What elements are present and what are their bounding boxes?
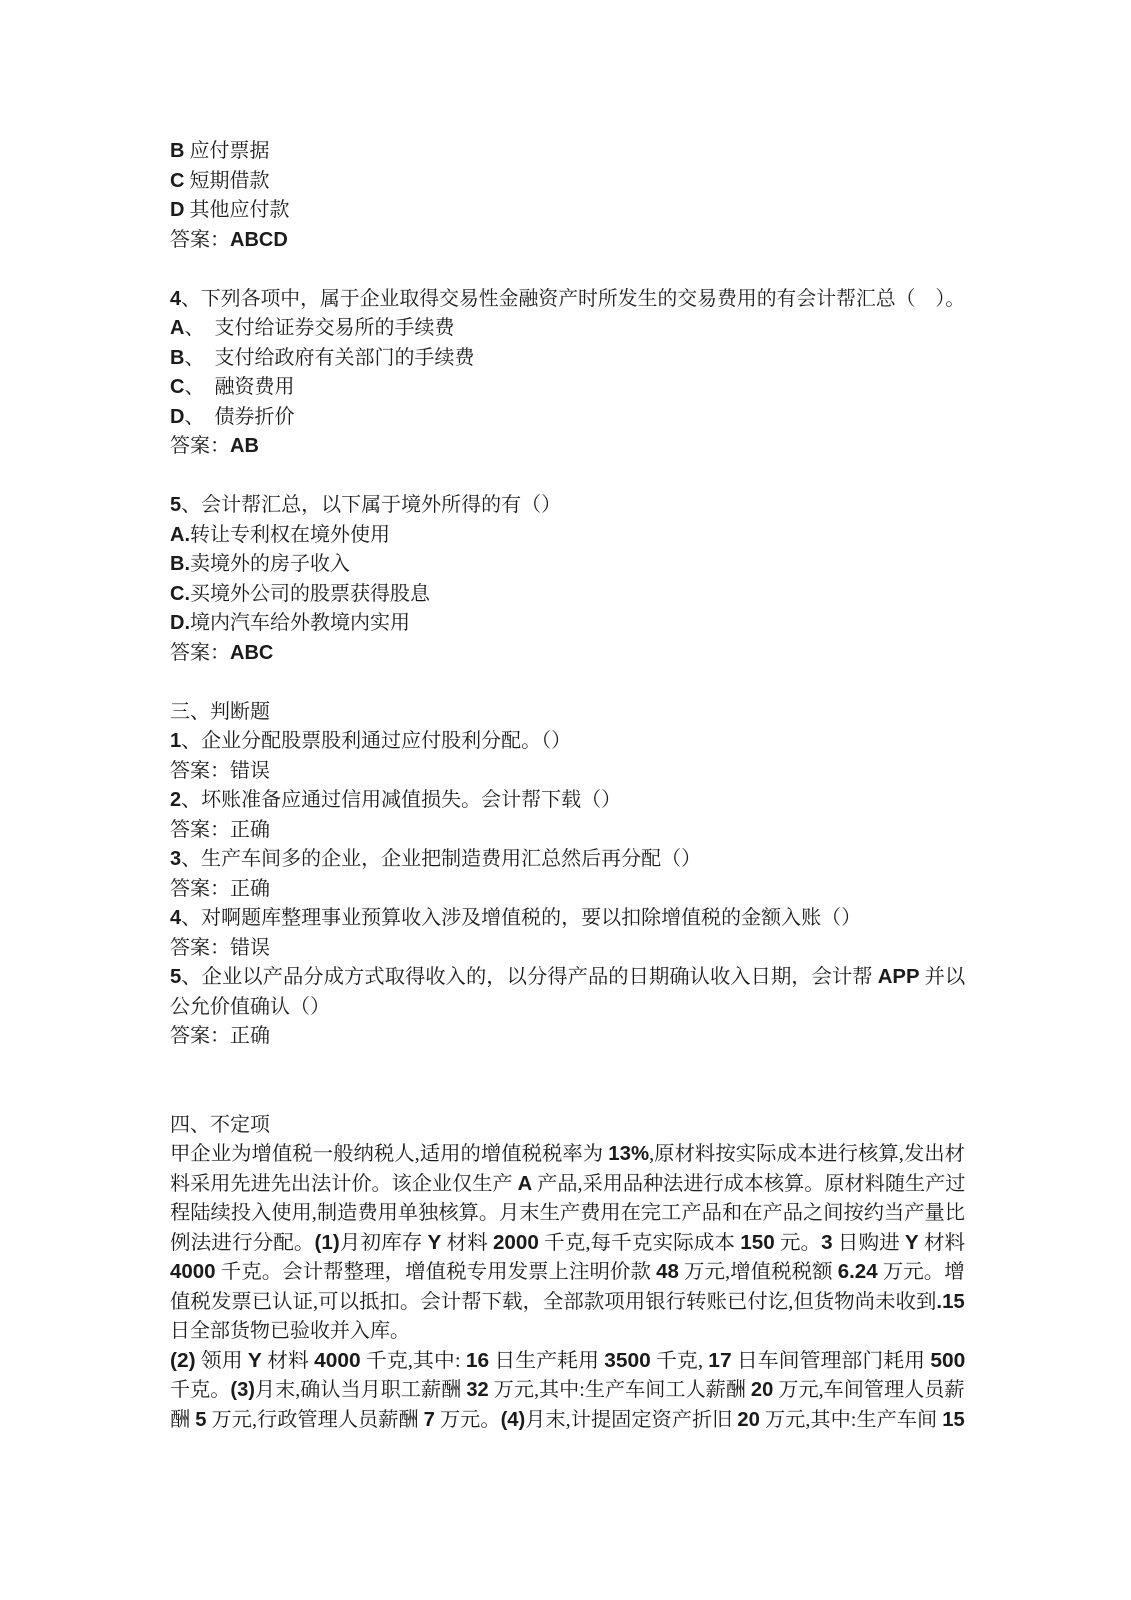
line-content <box>170 462 175 492</box>
line-content <box>170 668 175 698</box>
text-segment: 万元,其中:生产车间工人薪酬 <box>489 1379 751 1401</box>
text-segment: 、会计帮汇总，以下属于境外所得的有（） <box>181 494 561 516</box>
text-segment: 万元,车间管理人员薪 <box>773 1379 964 1401</box>
q5-answer: 答案：ABC <box>170 639 965 669</box>
bold-text-segment: 20 <box>751 1379 773 1401</box>
tf-answer-3: 答案：正确 <box>170 875 965 905</box>
text-segment: 答案：正确 <box>170 1025 270 1047</box>
bold-text-segment: .15 <box>936 1291 964 1313</box>
bold-text-segment: 4 <box>170 907 181 929</box>
tf-question-5-line2: 公允价值确认（） <box>170 993 965 1023</box>
bold-text-segment: APP <box>878 966 920 988</box>
text-segment: 例法进行分配。 <box>170 1232 315 1254</box>
line-content: 5、会计帮汇总，以下属于境外所得的有（） <box>170 491 561 521</box>
line-content: C.买境外公司的股票获得股息 <box>170 580 430 610</box>
bold-text-segment: D <box>170 406 184 428</box>
line-content: 答案：正确 <box>170 816 270 846</box>
text-segment: 日购进 <box>833 1232 905 1254</box>
bold-text-segment: 5 <box>195 1409 206 1431</box>
bold-text-segment: (4) <box>501 1409 526 1431</box>
section-3-heading: 三、判断题 <box>170 698 965 728</box>
line-content: A、 支付给证券交易所的手续费 <box>170 314 454 344</box>
bold-text-segment: 5 <box>170 494 181 516</box>
line-content: 答案：ABCD <box>170 226 288 256</box>
bold-text-segment: B <box>170 347 184 369</box>
text-segment: 万元,其中:生产车间 <box>760 1409 942 1431</box>
text-segment: 万元。增 <box>878 1261 965 1283</box>
text-segment: 、对啊题库整理事业预算收入涉及增值税的，要以扣除增值税的金额入账（） <box>181 907 861 929</box>
line-content: D.境内汽车给外教境内实用 <box>170 609 410 639</box>
text-segment: 答案：错误 <box>170 937 270 959</box>
line-content: 千克。(3)月末,确认当月职工薪酬 32 万元,其中:生产车间工人薪酬 20 万… <box>170 1376 965 1406</box>
bold-text-segment: 150 <box>740 1232 774 1254</box>
tf-answer-5: 答案：正确 <box>170 1022 965 1052</box>
text-segment: 月初库存 <box>340 1232 428 1254</box>
question-5: 5、会计帮汇总，以下属于境外所得的有（） <box>170 491 965 521</box>
bold-text-segment: (3) <box>230 1379 255 1401</box>
text-segment: 千克。 <box>170 1379 230 1401</box>
bold-text-segment: (2) <box>170 1350 196 1372</box>
text-segment: 答案：正确 <box>170 819 270 841</box>
bold-text-segment: D. <box>170 612 190 634</box>
bold-text-segment: A <box>518 1173 533 1195</box>
line-content: 答案：错误 <box>170 757 270 787</box>
line-content: A.转让专利权在境外使用 <box>170 521 390 551</box>
q4-option-b: B、 支付给政府有关部门的手续费 <box>170 344 965 374</box>
case-paragraph-line-10: 酬 5 万元,行政管理人员薪酬 7 万元。(4)月末,计提固定资产折旧 20 万… <box>170 1406 965 1436</box>
bold-text-segment: A. <box>170 524 190 546</box>
question-4: 4、下列各项中，属于企业取得交易性金融资产时所发生的交易费用的有会计帮汇总（ ）… <box>170 285 965 315</box>
blank-line <box>170 462 965 492</box>
text-segment: 境内汽车给外教境内实用 <box>190 612 410 634</box>
bold-text-segment: 2000 <box>493 1232 539 1254</box>
line-content: D、 债券折价 <box>170 403 294 433</box>
section-4-heading: 四、不定项 <box>170 1111 965 1141</box>
bold-text-segment: 4000 <box>314 1350 361 1372</box>
text-segment: 、坏账准备应通过信用减值损失。会计帮下载（） <box>181 789 621 811</box>
case-paragraph-line-5: 4000 千克。会计帮整理，增值税专用发票上注明价款 48 万元,增值税税额 6… <box>170 1258 965 1288</box>
text-segment: 转让专利权在境外使用 <box>190 524 390 546</box>
bold-text-segment: 3 <box>821 1232 832 1254</box>
line-content: 程陆续投入使用,制造费用单独核算。月末生产费用在完工产品和在产品之间按约当产量比 <box>170 1199 965 1229</box>
text-segment: 万元,增值税税额 <box>679 1261 838 1283</box>
text-segment: 领用 <box>196 1350 248 1372</box>
bold-text-segment: 13% <box>608 1143 649 1165</box>
line-content: 3、生产车间多的企业，企业把制造费用汇总然后再分配（） <box>170 845 701 875</box>
text-segment: 材料 <box>919 1232 965 1254</box>
case-paragraph-line-3: 程陆续投入使用,制造费用单独核算。月末生产费用在完工产品和在产品之间按约当产量比 <box>170 1199 965 1229</box>
q4-option-d: D、 债券折价 <box>170 403 965 433</box>
q4-option-c: C、 融资费用 <box>170 373 965 403</box>
text-segment: 日车间管理部门耗用 <box>732 1350 931 1372</box>
line-content: 4、下列各项中，属于企业取得交易性金融资产时所发生的交易费用的有会计帮汇总（ ）… <box>170 285 965 315</box>
bold-text-segment: C. <box>170 583 190 605</box>
text-segment: 元。 <box>775 1232 821 1254</box>
text-segment: 、生产车间多的企业，企业把制造费用汇总然后再分配（） <box>181 848 701 870</box>
text-segment: 日全部货物已验收并入库。 <box>170 1320 410 1342</box>
bold-text-segment: (1) <box>315 1232 340 1254</box>
text-segment: 、 支付给政府有关部门的手续费 <box>184 347 474 369</box>
text-segment: 材料 <box>262 1350 314 1372</box>
line-content: 公允价值确认（） <box>170 993 330 1023</box>
tf-answer-2: 答案：正确 <box>170 816 965 846</box>
bold-text-segment: A <box>170 317 184 339</box>
bold-text-segment: D <box>170 199 184 221</box>
bold-text-segment: C <box>170 376 184 398</box>
line-content: C 短期借款 <box>170 167 269 197</box>
text-segment: 答案： <box>170 435 230 457</box>
text-segment: 、 融资费用 <box>184 376 294 398</box>
text-segment: 、 债券折价 <box>184 406 294 428</box>
text-segment: 四、不定项 <box>170 1114 270 1136</box>
q5-option-b: B.卖境外的房子收入 <box>170 550 965 580</box>
exam-document-page: B 应付票据C 短期借款D 其他应付款答案：ABCD 4、下列各项中，属于企业取… <box>0 0 1131 1600</box>
bold-text-segment: B. <box>170 553 190 575</box>
text-segment: 酬 <box>170 1409 195 1431</box>
text-segment: 程陆续投入使用,制造费用单独核算。月末生产费用在完工产品和在产品之间按约当产量比 <box>170 1202 965 1224</box>
line-content: B、 支付给政府有关部门的手续费 <box>170 344 474 374</box>
q4-option-a: A、 支付给证券交易所的手续费 <box>170 314 965 344</box>
line-content: 酬 5 万元,行政管理人员薪酬 7 万元。(4)月末,计提固定资产折旧 20 万… <box>170 1406 965 1436</box>
q5-option-c: C.买境外公司的股票获得股息 <box>170 580 965 610</box>
text-segment: 料采用先进先出法计价。该企业仅生产 <box>170 1173 518 1195</box>
line-content: 答案：正确 <box>170 875 270 905</box>
tf-answer-4: 答案：错误 <box>170 934 965 964</box>
blank-line <box>170 1052 965 1082</box>
line-content: 四、不定项 <box>170 1111 270 1141</box>
line-content: 1、企业分配股票股利通过应付股利分配。（） <box>170 727 571 757</box>
tf-question-5-line1: 5、企业以产品分成方式取得收入的，以分得产品的日期确认收入日期，会计帮 APP … <box>170 963 965 993</box>
text-segment: 答案：正确 <box>170 878 270 900</box>
bold-text-segment: 6.24 <box>838 1261 878 1283</box>
bold-text-segment: 5 <box>170 966 181 988</box>
tf-question-1: 1、企业分配股票股利通过应付股利分配。（） <box>170 727 965 757</box>
text-segment: 万元,行政管理人员薪酬 <box>206 1409 423 1431</box>
case-paragraph-line-1: 甲企业为增值税一般纳税人,适用的增值税税率为 13%,原材料按实际成本进行核算,… <box>170 1140 965 1170</box>
bold-text-segment: C <box>170 170 184 192</box>
text-segment: 答案： <box>170 642 230 664</box>
text-segment: 月末,确认当月职工薪酬 <box>255 1379 466 1401</box>
bold-text-segment: 1 <box>170 730 181 752</box>
bold-text-segment: B <box>170 140 184 162</box>
text-segment: 短期借款 <box>184 170 269 192</box>
bold-text-segment: 17 <box>708 1350 731 1372</box>
text-segment: 日生产耗用 <box>489 1350 604 1372</box>
text-segment: 千克,每千克实际成本 <box>539 1232 740 1254</box>
line-content: 例法进行分配。(1)月初库存 Y 材料 2000 千克,每千克实际成本 150 … <box>170 1229 965 1259</box>
text-segment: 应付票据 <box>184 140 269 162</box>
line-content: B.卖境外的房子收入 <box>170 550 350 580</box>
text-segment: 、企业分配股票股利通过应付股利分配。（） <box>181 730 571 752</box>
answer-abcd: 答案：ABCD <box>170 226 965 256</box>
option-b: B 应付票据 <box>170 137 965 167</box>
case-paragraph-line-8: (2) 领用 Y 材料 4000 千克,其中: 16 日生产耗用 3500 千克… <box>170 1347 965 1377</box>
bold-text-segment: Y <box>248 1350 262 1372</box>
line-content: 值税发票已认证,可以抵扣。会计帮下载，全部款项用银行转账已付讫,但货物尚未收到.… <box>170 1288 965 1318</box>
text-segment: 值税发票已认证,可以抵扣。会计帮下载，全部款项用银行转账已付讫,但货物尚未收到 <box>170 1291 936 1313</box>
option-c: C 短期借款 <box>170 167 965 197</box>
bold-text-segment: 48 <box>656 1261 679 1283</box>
line-content: 三、判断题 <box>170 698 270 728</box>
line-content: C、 融资费用 <box>170 373 294 403</box>
text-segment: 甲企业为增值税一般纳税人,适用的增值税税率为 <box>170 1143 608 1165</box>
text-segment: 并以 <box>920 966 966 988</box>
blank-line <box>170 1081 965 1111</box>
bold-text-segment: 4000 <box>170 1261 216 1283</box>
text-segment: 公允价值确认（） <box>170 996 330 1018</box>
line-content: (2) 领用 Y 材料 4000 千克,其中: 16 日生产耗用 3500 千克… <box>170 1347 965 1377</box>
text-segment: 万元。 <box>435 1409 501 1431</box>
text-segment: 产品,采用品种法进行成本核算。原材料随生产过 <box>532 1173 965 1195</box>
text-segment: 、下列各项中，属于企业取得交易性金融资产时所发生的交易费用的有会计帮汇总（ ）。 <box>181 288 965 310</box>
bold-text-segment: 16 <box>466 1350 489 1372</box>
bold-text-segment: 4 <box>170 288 181 310</box>
line-content: 答案：ABC <box>170 639 273 669</box>
line-content <box>170 1052 175 1082</box>
line-content: 料采用先进先出法计价。该企业仅生产 A 产品,采用品种法进行成本核算。原材料随生… <box>170 1170 965 1200</box>
case-paragraph-line-7: 日全部货物已验收并入库。 <box>170 1317 965 1347</box>
tf-question-2: 2、坏账准备应通过信用减值损失。会计帮下载（） <box>170 786 965 816</box>
line-content <box>170 1081 175 1111</box>
text-segment: 、 支付给证券交易所的手续费 <box>184 317 454 339</box>
case-paragraph-line-9: 千克。(3)月末,确认当月职工薪酬 32 万元,其中:生产车间工人薪酬 20 万… <box>170 1376 965 1406</box>
case-paragraph-line-6: 值税发票已认证,可以抵扣。会计帮下载，全部款项用银行转账已付讫,但货物尚未收到.… <box>170 1288 965 1318</box>
bold-text-segment: ABCD <box>230 229 288 251</box>
line-content: 甲企业为增值税一般纳税人,适用的增值税税率为 13%,原材料按实际成本进行核算,… <box>170 1140 965 1170</box>
bold-text-segment: 20 <box>737 1409 759 1431</box>
bold-text-segment: 15 <box>942 1409 964 1431</box>
tf-answer-1: 答案：错误 <box>170 757 965 787</box>
text-segment: 其他应付款 <box>184 199 289 221</box>
bold-text-segment: ABC <box>230 642 273 664</box>
tf-question-3: 3、生产车间多的企业，企业把制造费用汇总然后再分配（） <box>170 845 965 875</box>
q5-option-a: A.转让专利权在境外使用 <box>170 521 965 551</box>
text-segment: 卖境外的房子收入 <box>190 553 350 575</box>
q4-answer: 答案：AB <box>170 432 965 462</box>
text-segment: 答案：错误 <box>170 760 270 782</box>
bold-text-segment: 7 <box>424 1409 435 1431</box>
text-segment: 千克, <box>651 1350 709 1372</box>
line-content: 4000 千克。会计帮整理，增值税专用发票上注明价款 48 万元,增值税税额 6… <box>170 1258 965 1288</box>
bold-text-segment: 3 <box>170 848 181 870</box>
line-content: 2、坏账准备应通过信用减值损失。会计帮下载（） <box>170 786 621 816</box>
text-segment: 买境外公司的股票获得股息 <box>190 583 430 605</box>
line-content: 5、企业以产品分成方式取得收入的，以分得产品的日期确认收入日期，会计帮 APP … <box>170 963 965 993</box>
bold-text-segment: Y <box>428 1232 442 1254</box>
bold-text-segment: 2 <box>170 789 181 811</box>
tf-question-4: 4、对啊题库整理事业预算收入涉及增值税的，要以扣除增值税的金额入账（） <box>170 904 965 934</box>
case-paragraph-line-2: 料采用先进先出法计价。该企业仅生产 A 产品,采用品种法进行成本核算。原材料随生… <box>170 1170 965 1200</box>
option-d: D 其他应付款 <box>170 196 965 226</box>
text-segment: 月末,计提固定资产折旧 <box>525 1409 737 1431</box>
line-content: 答案：AB <box>170 432 259 462</box>
bold-text-segment: AB <box>230 435 259 457</box>
bold-text-segment: 32 <box>466 1379 488 1401</box>
bold-text-segment: 500 <box>930 1350 965 1372</box>
text-segment: 千克。会计帮整理，增值税专用发票上注明价款 <box>216 1261 657 1283</box>
line-content: 4、对啊题库整理事业预算收入涉及增值税的，要以扣除增值税的金额入账（） <box>170 904 861 934</box>
line-content: 答案：错误 <box>170 934 270 964</box>
blank-line <box>170 668 965 698</box>
line-content <box>170 255 175 285</box>
text-segment: 答案： <box>170 229 230 251</box>
text-segment: 千克,其中: <box>361 1350 466 1372</box>
line-content: D 其他应付款 <box>170 196 289 226</box>
line-content: B 应付票据 <box>170 137 269 167</box>
text-segment: 、企业以产品分成方式取得收入的，以分得产品的日期确认收入日期，会计帮 <box>181 966 877 988</box>
line-content: 日全部货物已验收并入库。 <box>170 1317 410 1347</box>
blank-line <box>170 255 965 285</box>
line-content: 答案：正确 <box>170 1022 270 1052</box>
text-segment: ,原材料按实际成本进行核算,发出材 <box>649 1143 965 1165</box>
bold-text-segment: Y <box>905 1232 919 1254</box>
text-segment: 材料 <box>441 1232 493 1254</box>
case-paragraph-line-4: 例法进行分配。(1)月初库存 Y 材料 2000 千克,每千克实际成本 150 … <box>170 1229 965 1259</box>
q5-option-d: D.境内汽车给外教境内实用 <box>170 609 965 639</box>
document-text-block: B 应付票据C 短期借款D 其他应付款答案：ABCD 4、下列各项中，属于企业取… <box>170 137 965 1435</box>
bold-text-segment: 3500 <box>604 1350 651 1372</box>
text-segment: 三、判断题 <box>170 701 270 723</box>
